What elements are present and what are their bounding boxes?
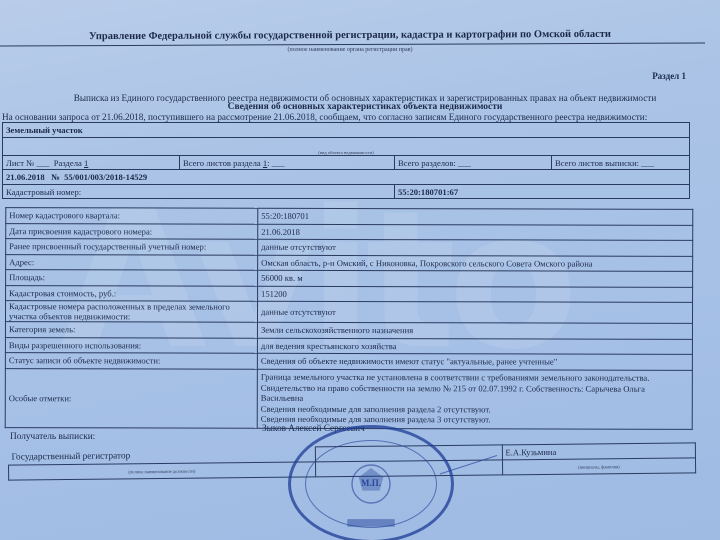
section-label: Раздел 1 bbox=[652, 71, 686, 81]
cadastral-number: 55:20:180701:67 bbox=[395, 185, 690, 199]
details-row: Площадь:56000 кв. м bbox=[6, 270, 693, 287]
details-value: для ведения крестьянского хозяйства bbox=[257, 338, 692, 355]
details-value: Сведения об объекте недвижимости имеют с… bbox=[257, 353, 692, 370]
details-label: Кадастровые номера расположенных в преде… bbox=[5, 301, 257, 323]
agency-underline bbox=[0, 42, 705, 46]
registrar-name-caption: (инициалы, фамилия) bbox=[502, 458, 696, 475]
registrar-name-text: Е.А.Кузьмина bbox=[505, 447, 556, 458]
details-label: Виды разрешенного использования: bbox=[5, 337, 257, 353]
details-label: Статус записи об объекте недвижимости: bbox=[5, 353, 257, 369]
request-basis: На основании запроса от 21.06.2018, пост… bbox=[2, 112, 720, 122]
sections-total: ___ bbox=[458, 158, 471, 168]
sheets-total-label: Всего листов выписки: bbox=[555, 158, 639, 168]
cadastral-number-label: Кадастровый номер: bbox=[3, 185, 395, 199]
document-sheet: Avito Управление Федеральной службы госу… bbox=[0, 0, 720, 540]
details-table: Номер кадастрового квартала:55:20:180701… bbox=[5, 207, 694, 429]
details-label: Категория земель: bbox=[5, 322, 257, 338]
details-value: Омская область, р-н Омский, с Никоновка,… bbox=[258, 255, 693, 272]
details-label: Дата присвоения кадастрового номера: bbox=[6, 223, 258, 239]
details-value: Земли сельскохозяйственного назначения bbox=[257, 322, 692, 339]
special-notes-label: Особые отметки: bbox=[5, 368, 257, 428]
details-row: Номер кадастрового квартала:55:20:180701 bbox=[6, 208, 693, 225]
record-number-label: № bbox=[51, 172, 60, 182]
details-value: данные отсутствуют bbox=[257, 301, 692, 323]
sheet-label: Лист № bbox=[6, 158, 34, 168]
sheets-total: ___ bbox=[641, 158, 654, 168]
details-value: 151200 bbox=[258, 286, 693, 303]
details-label: Кадастровая стоимость, руб.: bbox=[6, 285, 258, 301]
details-label: Адрес: bbox=[6, 254, 258, 270]
sheet-number: ___ bbox=[37, 158, 50, 168]
sections-total-cell: Всего разделов: ___ bbox=[395, 156, 552, 170]
section-word: Раздела bbox=[54, 158, 82, 168]
recipient-label: Получатель выписки: bbox=[10, 432, 95, 442]
sheet-number-cell: Лист № ___ Раздела 1 bbox=[3, 156, 180, 170]
details-row: Статус записи об объекте недвижимости:Св… bbox=[5, 353, 692, 370]
record-number: 55/001/003/2018-14529 bbox=[64, 172, 147, 182]
details-value: 55:20:180701 bbox=[258, 208, 693, 225]
section-number: 1 bbox=[84, 158, 88, 168]
official-seal: М.П. bbox=[288, 425, 454, 540]
details-row: Ранее присвоенный государственный учетны… bbox=[6, 239, 693, 256]
details-row: Кадастровые номера расположенных в преде… bbox=[5, 301, 692, 324]
agency-caption: (полное наименование органа регистрации … bbox=[0, 47, 700, 53]
sections-total-label: Всего разделов: bbox=[398, 158, 456, 168]
sheets-in-section-suffix: : ___ bbox=[267, 158, 284, 168]
registrar-position-caption: (полное наименование должности) bbox=[9, 462, 316, 480]
details-value: 21.06.2018 bbox=[258, 224, 693, 241]
extract-subtitle: Сведения об основных характеристиках объ… bbox=[0, 102, 720, 112]
note-line: Свидетельство на право собственности на … bbox=[261, 383, 689, 395]
agency-name: Управление Федеральной службы государств… bbox=[0, 28, 700, 42]
seal-text: М.П. bbox=[291, 478, 451, 488]
details-row: Категория земель:Земли сельскохозяйствен… bbox=[5, 322, 692, 339]
details-row: Адрес:Омская область, р-н Омский, с Нико… bbox=[6, 254, 693, 271]
sheets-in-section-label: Всего листов раздела bbox=[183, 158, 261, 168]
details-row: Кадастровая стоимость, руб.:151200 bbox=[6, 285, 693, 302]
sheets-total-cell: Всего листов выписки: ___ bbox=[552, 156, 690, 170]
object-type-caption: (вид объекта недвижимости) bbox=[3, 138, 690, 156]
note-line: Граница земельного участка не установлен… bbox=[261, 372, 689, 384]
object-type: Земельный участок bbox=[3, 123, 690, 138]
details-label: Ранее присвоенный государственный учетны… bbox=[6, 239, 258, 255]
record-cell: 21.06.2018 № 55/001/003/2018-14529 bbox=[3, 170, 690, 185]
details-value: 56000 кв. м bbox=[258, 270, 693, 287]
special-notes-value: Граница земельного участка не установлен… bbox=[257, 369, 692, 429]
sheets-in-section-cell: Всего листов раздела 1: ___ bbox=[180, 156, 395, 170]
record-date: 21.06.2018 bbox=[6, 172, 45, 182]
details-row: Виды разрешенного использования:для веде… bbox=[5, 337, 692, 354]
special-notes-row: Особые отметки: Граница земельного участ… bbox=[5, 368, 692, 429]
details-row: Дата присвоения кадастрового номера:21.0… bbox=[6, 223, 693, 240]
registrar-position-text: Государственный регистратор bbox=[11, 452, 130, 463]
details-value: данные отсутствуют bbox=[258, 239, 693, 256]
object-header-table: Земельный участок (вид объекта недвижимо… bbox=[2, 122, 690, 199]
details-label: Номер кадастрового квартала: bbox=[6, 208, 258, 224]
details-label: Площадь: bbox=[6, 270, 258, 286]
